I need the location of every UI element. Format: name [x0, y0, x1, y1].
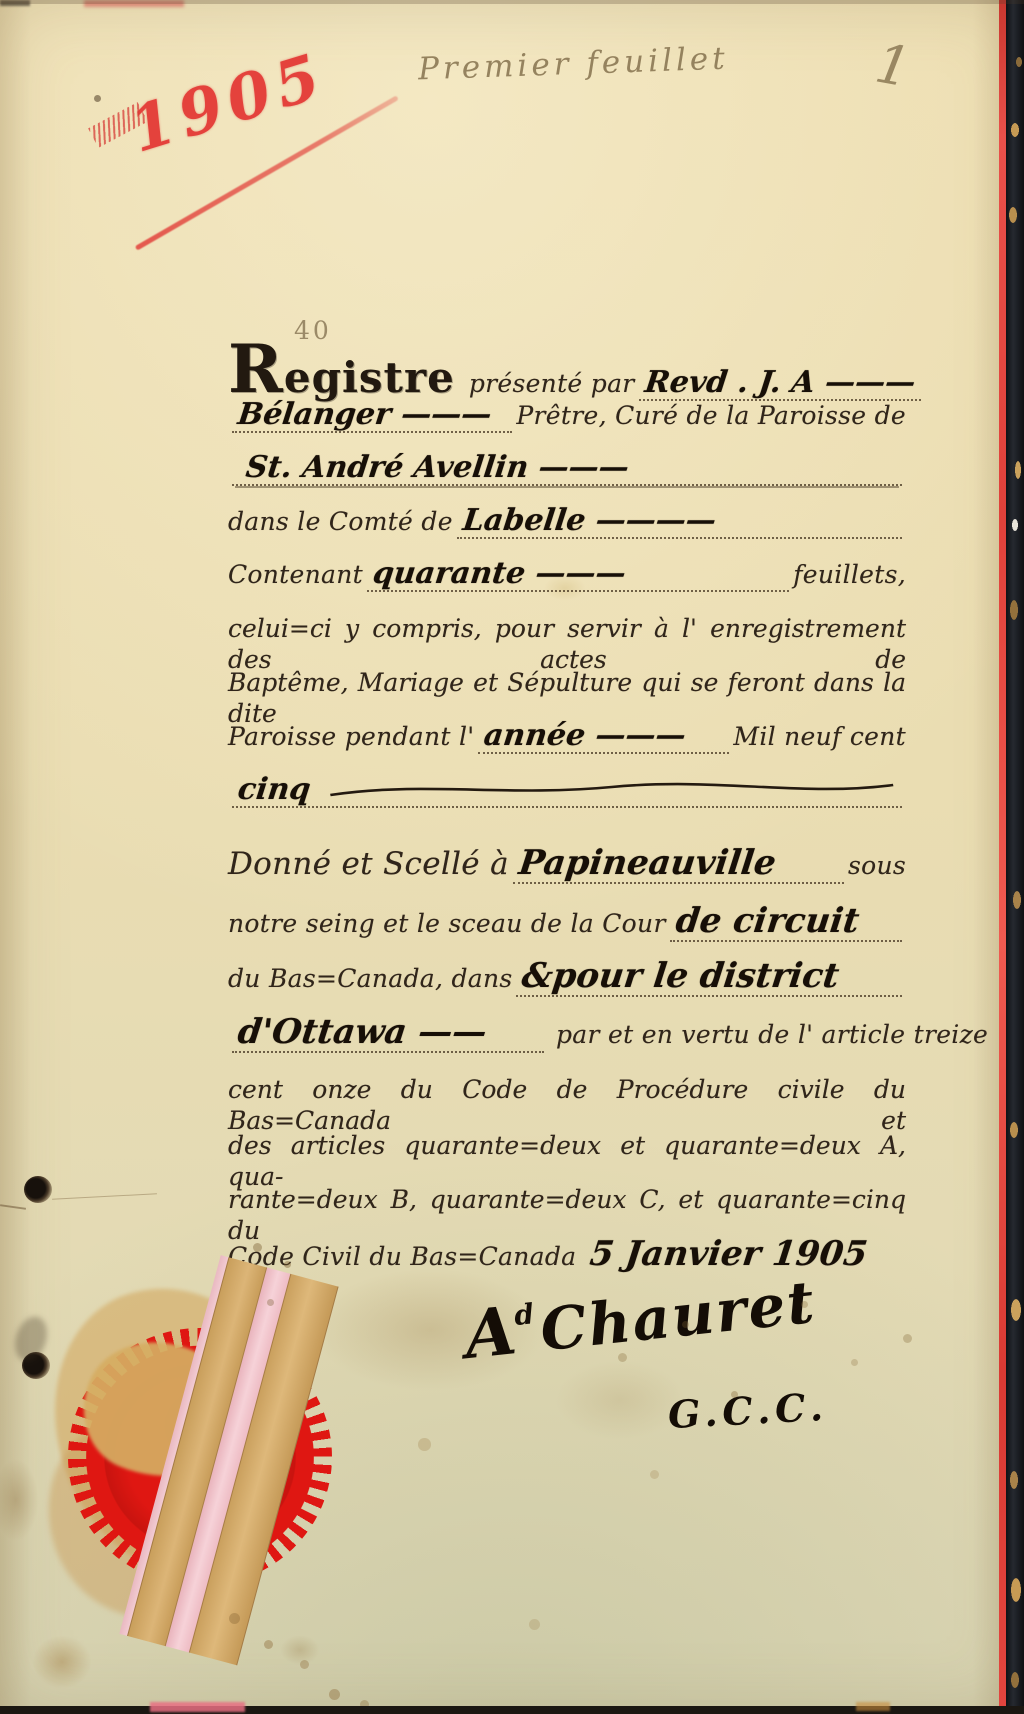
handwritten-entry: &pour le district	[520, 958, 841, 995]
blank-underline: de circuit	[670, 903, 902, 942]
handwritten-entry: année ———	[482, 719, 688, 752]
printed-text: feuillets,	[793, 559, 906, 590]
signature-superscript: d	[513, 1297, 536, 1332]
printed-text: Donné et Scellé à	[228, 845, 509, 884]
printed-text: Prêtre, Curé de la Paroisse de	[516, 400, 906, 431]
ornate-title-word: Registre	[228, 336, 455, 402]
form-line-8: Paroisse pendant l' année ——— Mil neuf c…	[228, 719, 906, 754]
blank-underline: Revd . J. A ———	[639, 366, 921, 401]
page-edge-red-line	[999, 0, 1006, 1714]
handwritten-entry: Revd . J. A ———	[643, 366, 917, 399]
bottom-tan-smudge	[856, 1702, 890, 1711]
printed-text: sous	[848, 850, 906, 881]
form-line-5: Contenant quarante ——— feuillets,	[228, 557, 906, 592]
signature-name: Chauret	[537, 1268, 819, 1365]
form-line-2: Bélanger ——— Prêtre, Curé de la Paroisse…	[228, 398, 906, 433]
handwritten-entry: cinq	[236, 773, 313, 806]
handwritten-entry: quarante ———	[371, 557, 628, 590]
ink-flourish	[328, 777, 896, 803]
handwritten-entry: Bélanger ———	[236, 398, 493, 431]
blank-underline: cinq	[232, 773, 902, 808]
printed-text: Mil neuf cent	[733, 721, 906, 752]
signature-title: G.C.C.	[667, 1388, 829, 1434]
form-line-10: Donné et Scellé à Papineauville sous	[228, 845, 906, 884]
bottom-pink-smudge	[150, 1702, 245, 1712]
blank-underline: quarante ———	[367, 557, 789, 592]
top-edge-shadow	[0, 0, 1024, 4]
printed-text: par et en vertu de l' article treize	[556, 1019, 988, 1050]
binding-strip	[1006, 0, 1024, 1714]
punch-hole-top	[24, 1176, 52, 1203]
form-line-4: dans le Comté de Labelle ————	[228, 504, 906, 539]
printed-text: Contenant	[228, 559, 363, 590]
blank-underline: St. André Avellin ———	[232, 451, 902, 486]
paper-crack	[0, 1204, 26, 1210]
handwritten-entry: d'Ottawa ——	[236, 1014, 489, 1051]
printed-text: du Bas=Canada, dans	[228, 963, 512, 994]
blank-underline: Bélanger ———	[232, 398, 512, 433]
blank-underline: Papineauville	[513, 845, 844, 884]
top-note-pencil: Premier feuillet	[417, 41, 729, 88]
register-title-page: Premier feuillet 1 40 1905 Registre prés…	[0, 0, 1024, 1714]
handwritten-entry: Papineauville	[517, 845, 778, 882]
blank-underline: d'Ottawa ——	[232, 1014, 544, 1053]
blank-underline: &pour le district	[516, 958, 902, 997]
handwritten-entry: Labelle ————	[461, 504, 718, 537]
printed-text: dans le Comté de	[228, 506, 453, 537]
wax-seal	[40, 1258, 370, 1658]
blank-underline: année ———	[478, 719, 729, 754]
form-line-11: notre seing et le sceau de la Cour de ci…	[228, 903, 906, 942]
form-line-13: d'Ottawa —— par et en vertu de l' articl…	[228, 1014, 906, 1053]
page-number-pencil: 1	[871, 31, 916, 99]
year-red-crayon: 1905	[123, 44, 333, 162]
handwritten-entry: de circuit	[673, 903, 860, 940]
form-line-1: Registre présenté par Revd . J. A ———	[228, 336, 906, 402]
printed-text: présenté par	[469, 368, 635, 399]
signature-initial: A	[461, 1291, 520, 1374]
form-line-9: cinq	[228, 773, 906, 808]
paper-crack	[52, 1193, 157, 1199]
handwritten-entry: St. André Avellin ———	[244, 451, 631, 484]
form-line-3: St. André Avellin ———	[228, 451, 906, 486]
form-line-12: du Bas=Canada, dans &pour le district	[228, 958, 906, 997]
blank-underline: Labelle ————	[457, 504, 902, 539]
form-line-14: cent onze du Code de Procédure civile du…	[228, 1074, 906, 1137]
printed-text: Paroisse pendant l'	[228, 721, 474, 752]
printed-text: notre seing et le sceau de la Cour	[228, 908, 666, 939]
